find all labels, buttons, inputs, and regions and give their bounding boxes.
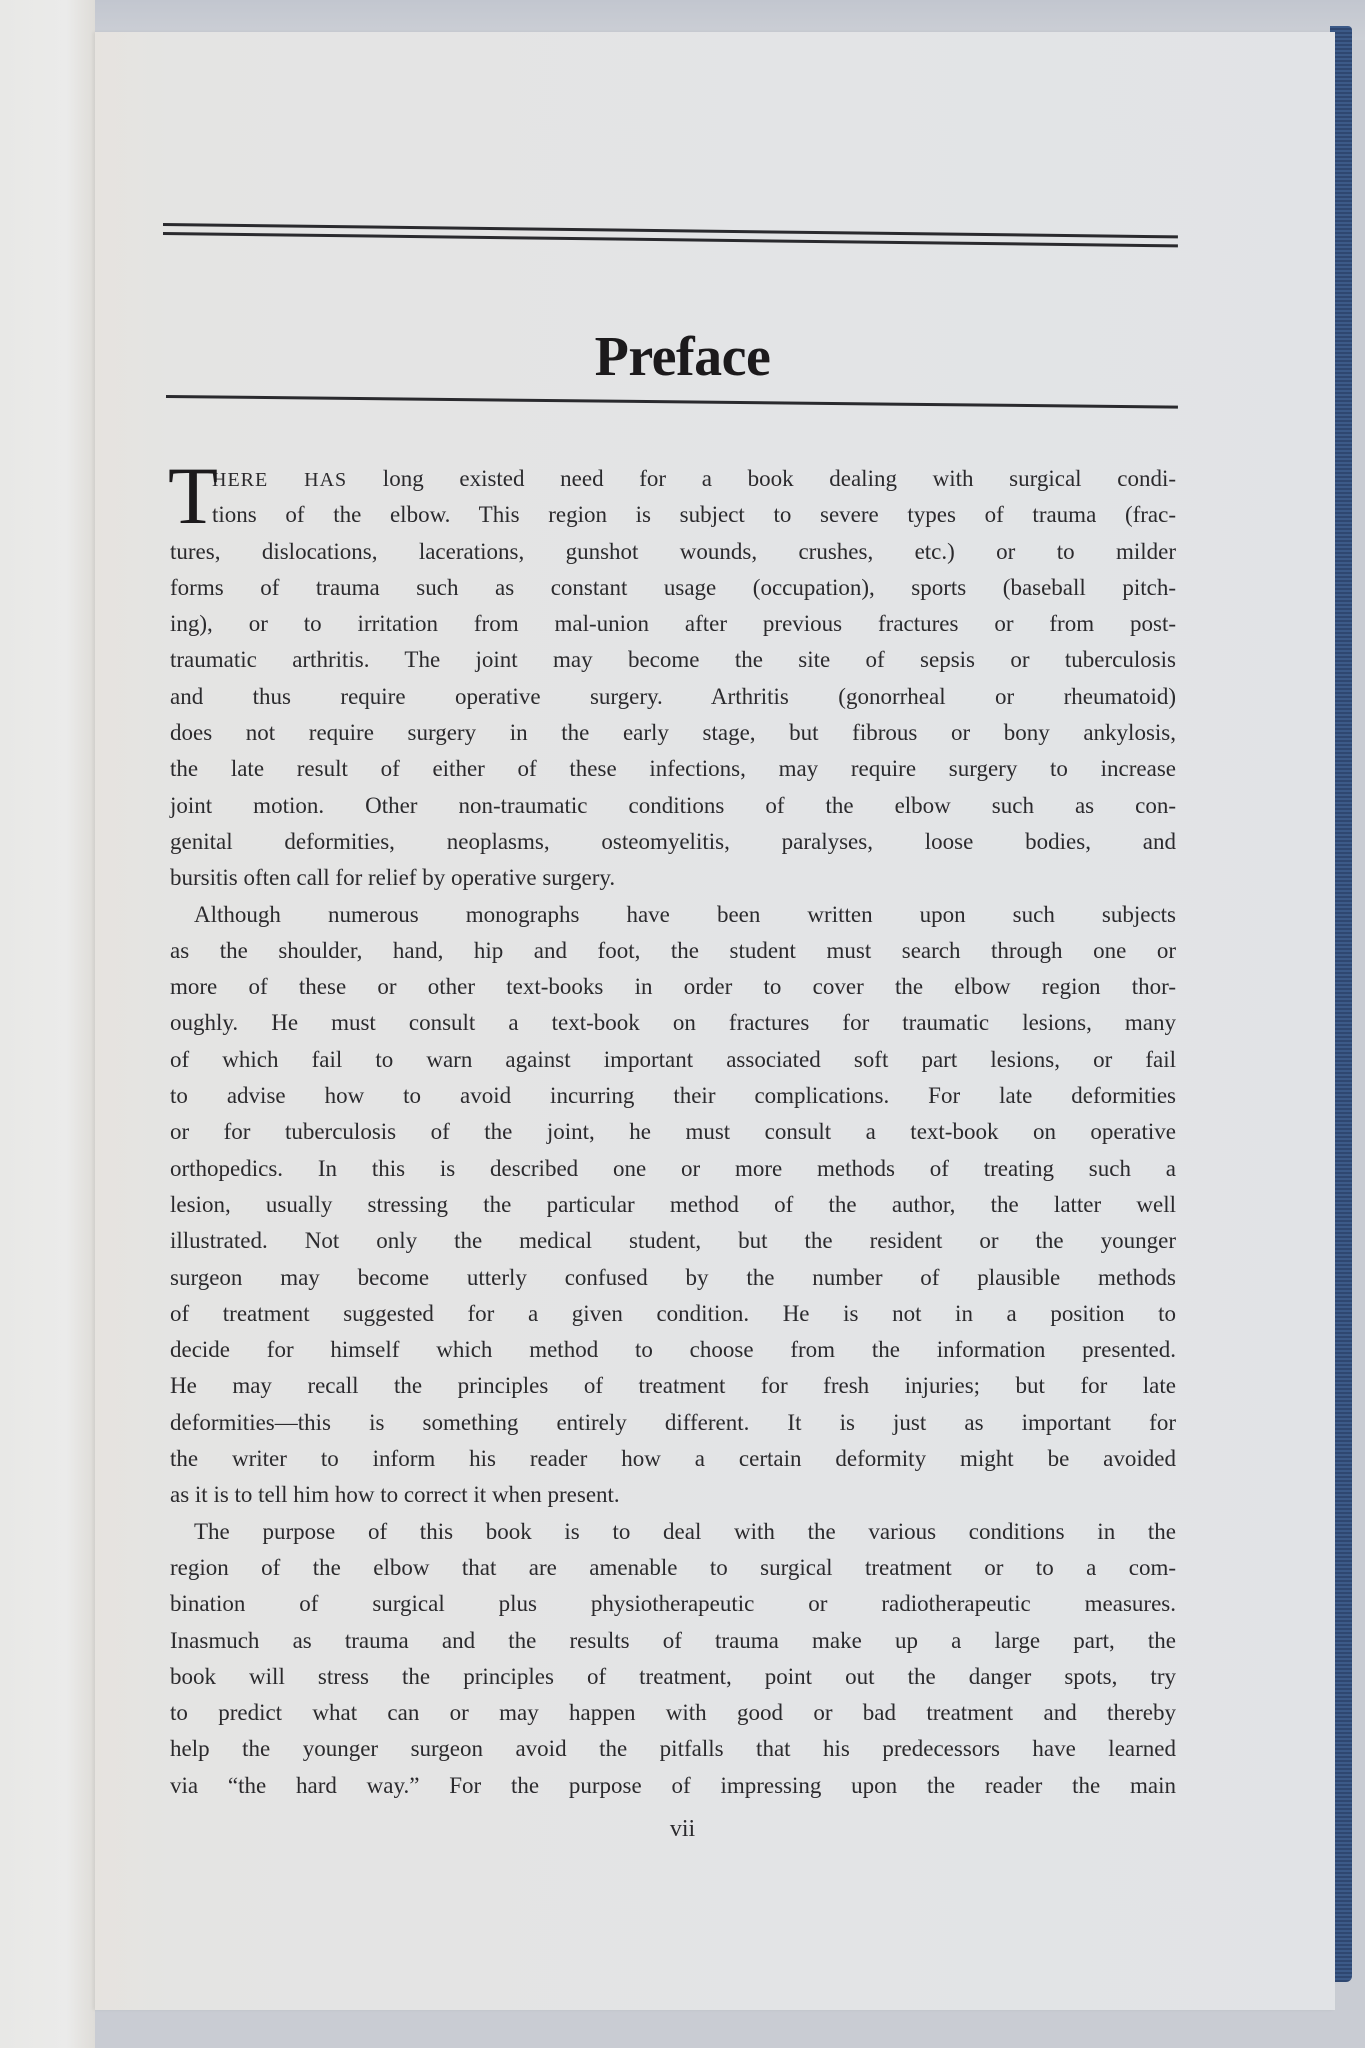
page-title: Preface <box>0 325 1365 389</box>
text-line: region of the elbow that are amenable to… <box>170 1550 1176 1586</box>
text-line: illustrated. Not only the medical studen… <box>170 1223 1176 1259</box>
text-line: as it is to tell him how to correct it w… <box>170 1477 1176 1513</box>
text-line: of which fail to warn against important … <box>170 1042 1176 1078</box>
text-line: lesion, usually stressing the particular… <box>170 1187 1176 1223</box>
text-line: orthopedics. In this is described one or… <box>170 1151 1176 1187</box>
text-line: The purpose of this book is to deal with… <box>170 1514 1176 1550</box>
text-line: to advise how to avoid incurring their c… <box>170 1078 1176 1114</box>
text-line: as the shoulder, hand, hip and foot, the… <box>170 933 1176 969</box>
text-line: HERE HAS long existed need for a book de… <box>170 461 1176 497</box>
text-line: forms of trauma such as constant usage (… <box>170 570 1176 606</box>
drop-cap: T <box>168 463 218 529</box>
facing-page-edge <box>0 0 95 2048</box>
text-line: bursitis often call for relief by operat… <box>170 860 1176 896</box>
text-line: joint motion. Other non-traumatic condit… <box>170 788 1176 824</box>
text-line: via “the hard way.” For the purpose of i… <box>170 1768 1176 1804</box>
text-line: of treatment suggested for a given condi… <box>170 1296 1176 1332</box>
text-line: traumatic arthritis. The joint may becom… <box>170 642 1176 678</box>
text-line: more of these or other text-books in ord… <box>170 969 1176 1005</box>
text-line: decide for himself which method to choos… <box>170 1332 1176 1368</box>
text-line: genital deformities, neoplasms, osteomye… <box>170 824 1176 860</box>
opening-small-caps: HERE HAS <box>212 469 347 491</box>
text-line: surgeon may become utterly confused by t… <box>170 1260 1176 1296</box>
text-line: does not require surgery in the early st… <box>170 715 1176 751</box>
text-line: deformities—this is something entirely d… <box>170 1405 1176 1441</box>
text-line: oughly. He must consult a text-book on f… <box>170 1005 1176 1041</box>
text-line: Although numerous monographs have been w… <box>170 897 1176 933</box>
text-line: tures, dislocations, lacerations, gunsho… <box>170 534 1176 570</box>
text-line: tions of the elbow. This region is subje… <box>170 497 1176 533</box>
text-line: or for tuberculosis of the joint, he mus… <box>170 1114 1176 1150</box>
page-number: vii <box>0 1816 1365 1843</box>
paragraph-3: The purpose of this book is to deal with… <box>170 1514 1176 1804</box>
text-line: ing), or to irritation from mal-union af… <box>170 606 1176 642</box>
text-line: the writer to inform his reader how a ce… <box>170 1441 1176 1477</box>
text-line: and thus require operative surgery. Arth… <box>170 679 1176 715</box>
preface-body: T HERE HAS long existed need for a book … <box>170 461 1176 1804</box>
text-line: book will stress the principles of treat… <box>170 1659 1176 1695</box>
text-line: the late result of either of these infec… <box>170 751 1176 787</box>
text-line: He may recall the principles of treatmen… <box>170 1368 1176 1404</box>
paragraph-1: T HERE HAS long existed need for a book … <box>170 461 1176 897</box>
paragraph-2: Although numerous monographs have been w… <box>170 897 1176 1514</box>
text-line: to predict what can or may happen with g… <box>170 1695 1176 1731</box>
text-line: bination of surgical plus physiotherapeu… <box>170 1586 1176 1622</box>
text-line: Inasmuch as trauma and the results of tr… <box>170 1623 1176 1659</box>
text-line: help the younger surgeon avoid the pitfa… <box>170 1731 1176 1767</box>
